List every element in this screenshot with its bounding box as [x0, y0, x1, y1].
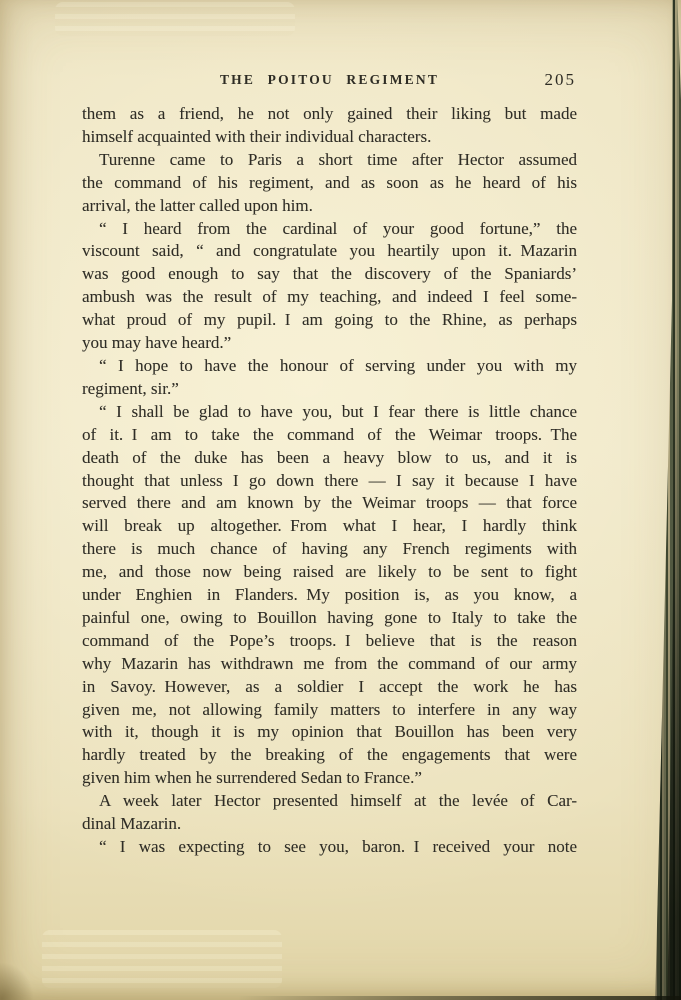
text-line: in Savoy. However, as a soldier I accept… [82, 676, 577, 699]
text-line: “ I heard from the cardinal of your good… [82, 218, 577, 241]
text-line: dinal Mazarin. [82, 813, 577, 836]
text-line: why Mazarin has withdrawn me from the co… [82, 653, 577, 676]
text-line: arrival, the latter called upon him. [82, 195, 577, 218]
text-line: given him when he surrendered Sedan to F… [82, 767, 577, 790]
body-text: them as a friend, he not only gained the… [82, 103, 577, 859]
text-line: A week later Hector presented himself at… [82, 790, 577, 813]
text-line: command of the Pope’s troops. I believe … [82, 630, 577, 653]
text-line: viscount said, “ and congratulate you he… [82, 240, 577, 263]
text-line: served there and am known by the Weimar … [82, 492, 577, 515]
text-line: himself acquainted with their individual… [82, 126, 577, 149]
text-line: of it. I am to take the command of the W… [82, 424, 577, 447]
page-bottom-edge-shadow [238, 996, 681, 1000]
text-line: them as a friend, he not only gained the… [82, 103, 577, 126]
text-line: ambush was the result of my teaching, an… [82, 286, 577, 309]
text-line: what proud of my pupil. I am going to th… [82, 309, 577, 332]
book-page-scan: THE POITOU REGIMENT 205 them as a friend… [0, 0, 681, 1000]
text-line: “ I shall be glad to have you, but I fea… [82, 401, 577, 424]
paper-texture-streaks-bottom [42, 930, 282, 988]
text-line: under Enghien in Flanders. My position i… [82, 584, 577, 607]
text-line: me, and those now being raised are likel… [82, 561, 577, 584]
text-line: hardly treated by the breaking of the en… [82, 744, 577, 767]
text-line: with it, though it is my opinion that Bo… [82, 721, 577, 744]
text-line: Turenne came to Paris a short time after… [82, 149, 577, 172]
paper-texture-streaks-top [55, 2, 295, 36]
text-line: given me, not allowing family matters to… [82, 699, 577, 722]
text-line: thought that unless I go down there — I … [82, 470, 577, 493]
text-line: “ I was expecting to see you, baron. I r… [82, 836, 577, 859]
page-number: 205 [545, 70, 577, 90]
chapter-running-title: THE POITOU REGIMENT [82, 72, 577, 88]
text-line: painful one, owing to Bouillon having go… [82, 607, 577, 630]
page-corner-smudge [0, 962, 34, 1000]
text-line: death of the duke has been a heavy blow … [82, 447, 577, 470]
running-head: THE POITOU REGIMENT 205 [82, 72, 577, 92]
text-line: regiment, sir.” [82, 378, 577, 401]
text-line: will break up altogether. From what I he… [82, 515, 577, 538]
text-line: there is much chance of having any Frenc… [82, 538, 577, 561]
text-line: “ I hope to have the honour of serving u… [82, 355, 577, 378]
text-line: you may have heard.” [82, 332, 577, 355]
text-line: was good enough to say that the discover… [82, 263, 577, 286]
text-line: the command of his regiment, and as soon… [82, 172, 577, 195]
